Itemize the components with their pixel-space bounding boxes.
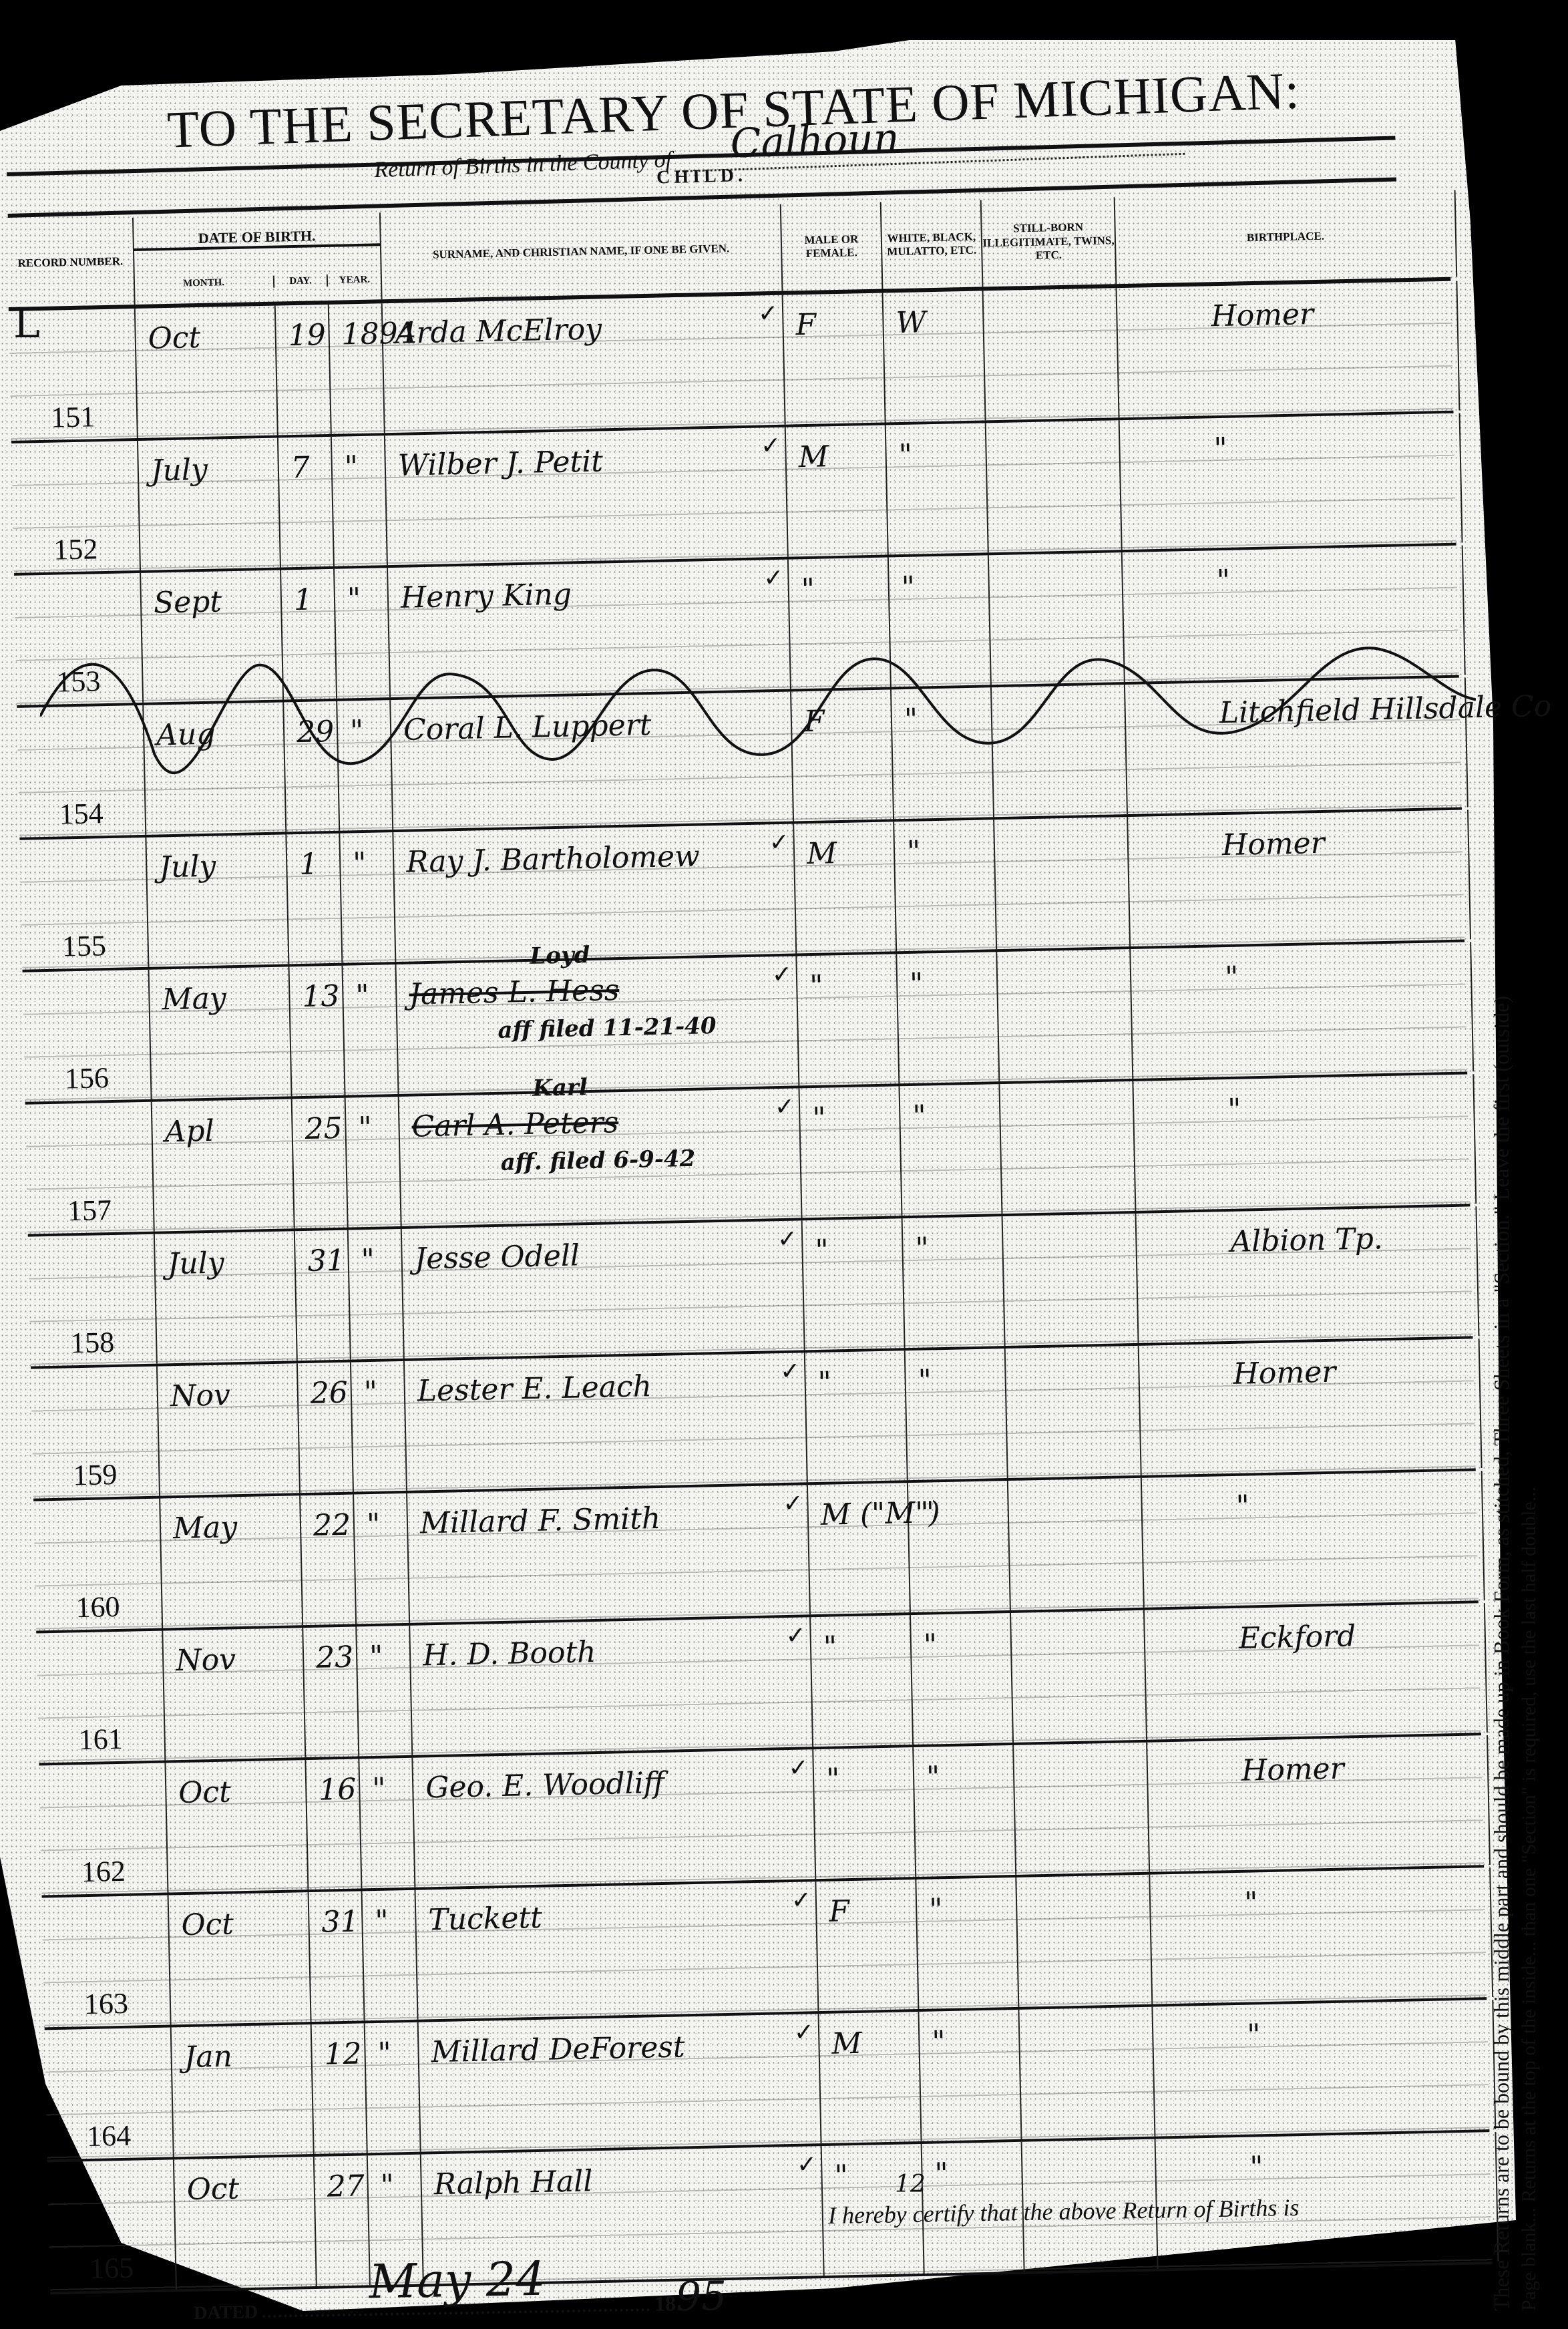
cell-record-number: 153 (14, 573, 144, 705)
cell-birthplace: Eckford (1145, 1603, 1488, 1740)
check-mark-icon: ✓ (771, 960, 792, 989)
cell-status (1003, 1214, 1139, 1346)
name-value: H. D. Booth (423, 1635, 596, 1672)
color-value: " (898, 438, 912, 472)
cell-color: " (900, 1084, 1002, 1216)
birthplace-value: Albion Tp. (1230, 1222, 1383, 1259)
day-value: 26 (310, 1376, 348, 1411)
cell-day: 31 (309, 1891, 365, 2022)
cell-day: 7 (278, 437, 335, 568)
cell-record-number: 152 (11, 441, 141, 573)
cell-birthplace: Litchfield Hillsdale Co (1125, 677, 1468, 814)
cell-color: " (894, 820, 997, 951)
cell-sex: M (794, 822, 897, 953)
cell-status (992, 685, 1128, 817)
cell-sex: " (799, 1086, 902, 1218)
col-day: DAY. (274, 275, 328, 288)
cell-name: H. D. Booth✓ (410, 1617, 813, 1755)
cell-record-number: 155 (19, 838, 149, 970)
year-value: " (347, 582, 361, 616)
cell-birthplace: Albion Tp. (1137, 1206, 1480, 1343)
check-mark-icon: ✓ (783, 1489, 803, 1517)
cell-color: " (908, 1481, 1011, 1612)
month-value: Nov (170, 1378, 230, 1413)
dated-year-prefix: 18 (654, 2291, 676, 2316)
dated-label: DATED (194, 2302, 258, 2324)
cell-record-number: 165 (47, 2159, 177, 2292)
col-date-of-birth: DATE OF BIRTH. MONTH. DAY. YEAR. (134, 212, 383, 305)
record-number: 158 (70, 1325, 115, 1360)
affidavit-note: aff filed 11-21-40 (498, 1013, 717, 1044)
birthplace-value: " (1227, 1093, 1241, 1127)
day-value: 16 (319, 1773, 357, 1807)
cell-record-number: 156 (23, 970, 152, 1102)
day-value: 19 (288, 318, 326, 353)
cell-birthplace: " (1131, 942, 1474, 1079)
color-value: " (907, 835, 921, 869)
dated-value: May 24 (369, 2252, 546, 2310)
col-year: YEAR. (328, 273, 381, 287)
cell-sex: " (811, 1615, 914, 1747)
cell-status (1019, 2007, 1155, 2139)
year-value: " (350, 714, 364, 748)
cell-record-number: 158 (28, 1234, 158, 1367)
cell-day: 19 (276, 305, 332, 435)
sex-value: " (812, 1101, 826, 1135)
cell-birthplace: Homer (1117, 281, 1460, 418)
month-value: Oct (148, 321, 200, 356)
cell-sex: M (786, 425, 889, 556)
cell-month: Oct (166, 1760, 309, 1892)
record-number: 162 (81, 1854, 126, 1889)
cell-name: Carl A. Peters✓Karlaff. filed 6-9-42 (399, 1088, 803, 1226)
record-number: 157 (67, 1193, 112, 1228)
cell-sex: F (791, 689, 894, 821)
color-value: " (904, 703, 918, 737)
cell-month: May (150, 966, 292, 1099)
birthplace-value: " (1216, 564, 1230, 598)
cell-sex: " (805, 1351, 908, 1482)
cell-status (984, 288, 1120, 420)
cell-record-number: 157 (25, 1102, 155, 1234)
cell-day: 23 (303, 1626, 359, 1757)
color-value: " (929, 1892, 943, 1926)
record-number: 165 (89, 2251, 134, 2286)
color-value: " (934, 2157, 948, 2191)
birthplace-value: " (1213, 431, 1227, 466)
cell-birthplace: " (1120, 413, 1463, 550)
sex-value: F (829, 1894, 850, 1929)
cell-name: James L. Hess✓Loydaff filed 11-21-40 (396, 956, 799, 1094)
name-value: Lester E. Leach (417, 1369, 652, 1408)
cell-name: Millard F. Smith✓ (407, 1485, 811, 1623)
record-number: 152 (53, 532, 98, 566)
birthplace-value: " (1225, 960, 1239, 995)
binding-instructions-line1: These Returns are to be bound by this mi… (1489, 996, 1513, 2311)
cell-record-number: 161 (36, 1631, 166, 1763)
col-record-number: RECORD NUMBER. (7, 218, 136, 307)
sex-value: " (826, 1762, 840, 1796)
cell-sex: M (819, 2012, 922, 2143)
cell-status (989, 552, 1125, 685)
birthplace-value: Homer (1233, 1355, 1336, 1391)
record-number: 163 (83, 1986, 128, 2021)
cell-day: 16 (306, 1759, 362, 1890)
cell-sex: M ("M") (808, 1483, 911, 1614)
birthplace-value: Homer (1241, 1752, 1344, 1788)
cell-year: " (340, 832, 396, 963)
cell-year: " (359, 1758, 415, 1889)
color-value: " (926, 1760, 940, 1794)
check-mark-icon: ✓ (761, 431, 781, 460)
cell-name: Lester E. Leach✓ (405, 1353, 808, 1491)
cell-name: Ray J. Bartholomew✓ (393, 824, 797, 962)
month-value: Nov (176, 1642, 236, 1678)
cell-color: " (919, 2010, 1022, 2141)
affidavit-note: aff. filed 6-9-42 (500, 1145, 695, 1176)
dated-year-suffix: 95 (675, 2273, 727, 2320)
cell-birthplace: " (1142, 1471, 1485, 1608)
cell-name: Tuckett✓ (415, 1882, 819, 2020)
month-value: Jan (184, 2040, 232, 2075)
birthplace-value: " (1235, 1489, 1249, 1523)
month-value: July (150, 453, 208, 488)
day-value: 25 (305, 1111, 343, 1146)
cell-day: 22 (301, 1495, 357, 1626)
month-value: July (167, 1246, 224, 1282)
cell-status (994, 817, 1131, 949)
cell-day: 25 (292, 1098, 349, 1229)
month-value: Oct (181, 1907, 234, 1942)
year-value: " (372, 1772, 386, 1806)
cell-day: 27 (315, 2155, 371, 2286)
cell-color: " (889, 555, 992, 687)
color-value: " (923, 1628, 937, 1662)
binding-instructions-line2: Page blank... Returns at the top of the … (1518, 541, 1541, 2311)
cell-birthplace: " (1153, 2000, 1496, 2137)
cell-year: 1894 (329, 303, 385, 434)
name-value: Coral L. Luppert (403, 708, 652, 747)
cell-name: Wilber J. Petit✓ (385, 427, 789, 566)
cell-year: " (357, 1626, 413, 1757)
cell-month: Jan (172, 2024, 315, 2157)
col-name: SURNAME, AND CHRISTIAN NAME, IF ONE BE G… (381, 204, 783, 300)
check-mark-icon: ✓ (797, 2150, 817, 2179)
color-value: " (932, 2024, 946, 2058)
cell-year: " (343, 964, 399, 1095)
name-value: Ray J. Bartholomew (406, 839, 700, 879)
name-correction: Loyd (530, 942, 590, 970)
dated-line: DATED May 24 1895 (193, 2273, 727, 2329)
cell-color: " (906, 1349, 1008, 1480)
cell-day: 1 (286, 834, 343, 964)
month-value: Aug (156, 717, 216, 753)
cell-sex: " (803, 1218, 906, 1350)
sex-value: " (801, 572, 815, 606)
cell-record-number: 159 (31, 1367, 160, 1499)
record-number: 153 (56, 664, 101, 699)
cell-record-number: 151 (9, 309, 138, 441)
cell-month: May (160, 1495, 303, 1628)
check-mark-icon: ✓ (769, 828, 789, 857)
cell-day: 13 (289, 966, 345, 1097)
month-value: May (173, 1510, 238, 1546)
year-value: " (366, 1507, 380, 1542)
cell-status (1014, 1743, 1150, 1875)
sex-value: F (795, 308, 817, 343)
color-value: " (915, 1231, 929, 1265)
sex-value: " (817, 1366, 831, 1400)
cell-status (1011, 1610, 1147, 1743)
day-value: 22 (313, 1508, 351, 1543)
check-mark-icon: ✓ (758, 299, 779, 328)
year-value: " (353, 846, 367, 880)
col-date-of-birth-title: DATE OF BIRTH. (133, 226, 381, 251)
cell-color: " (911, 1613, 1014, 1745)
birthplace-value: " (1249, 2150, 1263, 2184)
cell-record-number: 160 (33, 1499, 163, 1631)
day-value: 7 (290, 451, 310, 486)
cell-sex: F (816, 1879, 919, 2011)
sex-value: " (823, 1630, 837, 1664)
cell-sex: F (783, 293, 886, 425)
name-value: Millard F. Smith (419, 1501, 660, 1541)
name-value: Wilber J. Petit (397, 444, 603, 482)
sex-value: " (815, 1234, 829, 1268)
year-value: " (363, 1375, 377, 1409)
sex-value: " (809, 969, 823, 1003)
name-value: Geo. E. Woodliff (425, 1766, 665, 1805)
name-value: Henry King (400, 577, 572, 614)
cell-sex: " (797, 954, 900, 1085)
day-value: 23 (316, 1640, 354, 1675)
cell-status (1006, 1346, 1142, 1478)
check-mark-icon: ✓ (788, 1753, 809, 1782)
cell-month: July (146, 834, 289, 966)
day-value: 31 (307, 1244, 345, 1278)
col-birthplace: BIRTHPLACE. (1115, 190, 1458, 285)
cell-birthplace: Homer (1139, 1338, 1483, 1475)
sex-value: M (798, 439, 829, 474)
birthplace-value: Homer (1221, 826, 1325, 862)
cell-birthplace: " (1150, 1867, 1493, 2004)
births-table: RECORD NUMBER. DATE OF BIRTH. MONTH. DAY… (7, 190, 1493, 2295)
cell-record-number: 164 (45, 2027, 174, 2159)
cell-month: Nov (158, 1363, 301, 1495)
cell-day: 26 (298, 1363, 354, 1493)
day-value: 31 (321, 1905, 359, 1940)
year-value: " (344, 450, 358, 484)
cell-year: " (363, 1890, 419, 2021)
check-mark-icon: ✓ (777, 1225, 798, 1254)
sex-value: F (803, 705, 825, 739)
cell-month: Sept (141, 570, 284, 703)
cell-year: " (346, 1097, 402, 1228)
record-number: 159 (73, 1457, 118, 1492)
check-mark-icon: ✓ (785, 1621, 806, 1650)
cell-status (986, 420, 1123, 552)
cell-sex: " (789, 557, 892, 689)
cell-name: Jesse Odell✓ (402, 1220, 805, 1359)
cell-status (1016, 1875, 1153, 2007)
check-mark-icon: ✓ (780, 1357, 801, 1385)
name-value: Millard DeForest (431, 2030, 685, 2069)
cell-year: " (337, 700, 393, 831)
check-mark-icon: ✓ (763, 564, 784, 592)
col-status: STILL-BORN ILLEGITIMATE, TWINS, ETC. (982, 197, 1117, 287)
sex-value: M (807, 836, 837, 871)
cell-name: Geo. E. Woodliff✓ (413, 1749, 816, 1888)
cell-year: " (365, 2022, 421, 2153)
cell-color: " (914, 1745, 1016, 1877)
record-number: 161 (78, 1722, 123, 1757)
cell-month: Aug (144, 702, 286, 834)
binding-instructions: These Returns are to be bound by this mi… (1489, 541, 1541, 2311)
day-value: 1 (299, 847, 319, 882)
color-value: W (896, 305, 926, 340)
cell-record-number: 154 (17, 705, 146, 838)
cell-day: 1 (281, 569, 337, 700)
color-value: " (920, 1495, 934, 1530)
record-number: 164 (87, 2119, 132, 2153)
cell-color: " (897, 952, 1000, 1083)
cell-month: July (138, 438, 281, 570)
cell-month: July (155, 1231, 298, 1363)
record-number: 156 (64, 1061, 109, 1095)
name-value: Jesse Odell (414, 1238, 580, 1276)
day-value: 13 (302, 979, 340, 1014)
cell-year: " (335, 568, 391, 699)
day-value: 1 (293, 583, 313, 618)
year-value: " (361, 1243, 375, 1277)
sex-value: " (834, 2159, 848, 2193)
month-value: Apl (164, 1114, 214, 1149)
record-number: 155 (61, 928, 106, 963)
year-value: " (358, 1111, 372, 1145)
cell-day: 31 (295, 1230, 351, 1361)
day-value: 12 (324, 2036, 362, 2071)
sex-value: M (831, 2026, 862, 2061)
col-color: WHITE, BLACK, MULATTO, ETC. (881, 200, 984, 289)
name-correction: Karl (532, 1074, 588, 1102)
record-number: 154 (59, 796, 104, 831)
month-value: Oct (186, 2171, 239, 2207)
cell-month: Nov (163, 1628, 306, 1760)
tally-mark: 12 (895, 2171, 926, 2198)
cell-record-number: 162 (39, 1763, 168, 1896)
day-value: 27 (327, 2169, 365, 2203)
col-month: MONTH. (134, 276, 274, 291)
year-value: " (369, 1640, 383, 1674)
cell-year: " (349, 1229, 405, 1360)
birthplace-value: " (1247, 2018, 1261, 2052)
cell-year: " (354, 1493, 410, 1624)
check-mark-icon: ✓ (793, 2018, 814, 2046)
cell-status (1008, 1478, 1145, 1610)
year-value: " (375, 1904, 389, 1938)
cell-month: Oct (136, 306, 278, 438)
cell-name: Coral L. Luppert (391, 692, 794, 830)
cell-year: " (332, 435, 388, 566)
cell-day: 12 (312, 2023, 368, 2154)
col-sex: MALE OR FEMALE. (781, 202, 884, 291)
birthplace-value: " (1244, 1886, 1258, 1920)
month-value: July (159, 850, 216, 885)
cell-birthplace: " (1133, 1074, 1477, 1211)
cell-month: Apl (152, 1099, 295, 1231)
color-value: " (912, 1099, 926, 1133)
year-value: " (380, 2169, 394, 2203)
cell-month: Oct (174, 2157, 317, 2289)
check-mark-icon: ✓ (791, 1886, 811, 1914)
check-mark-icon: ✓ (774, 1093, 795, 1121)
cell-name: Henry King✓ (388, 560, 791, 698)
cell-color: W (884, 291, 986, 422)
table-body: 151Oct191894Arda McElroy✓FWHomer152July7… (9, 281, 1493, 2295)
birthplace-value: Eckford (1238, 1619, 1356, 1656)
cell-color: " (916, 1877, 1019, 2009)
dated-field: May 24 (262, 2295, 650, 2318)
cell-name: Arda McElroy✓ (383, 295, 786, 433)
month-value: Sept (154, 584, 222, 620)
cell-birthplace: Homer (1128, 810, 1471, 946)
cell-record-number: 163 (42, 1895, 172, 2027)
color-value: " (910, 967, 924, 1001)
name-value: Carl A. Peters (411, 1105, 619, 1143)
cell-year: " (351, 1361, 407, 1492)
month-value: May (162, 981, 226, 1017)
birthplace-value: Homer (1211, 297, 1314, 333)
name-value: James L. Hess (409, 973, 620, 1012)
cell-name: Millard DeForest✓ (419, 2014, 822, 2152)
cell-color: " (892, 687, 994, 819)
name-value: Ralph Hall (433, 2164, 593, 2201)
cell-birthplace: Homer (1147, 1735, 1491, 1872)
name-value: Arda McElroy (395, 312, 602, 350)
cell-day: 29 (284, 701, 340, 832)
cell-color: " (886, 423, 989, 554)
record-number: 160 (75, 1590, 120, 1624)
cell-color: " (903, 1216, 1006, 1348)
day-value: 29 (297, 715, 335, 749)
color-value: " (918, 1363, 932, 1397)
year-value: " (377, 2036, 391, 2071)
month-value: Oct (178, 1775, 231, 1810)
cell-birthplace: " (1123, 545, 1466, 682)
cell-month: Oct (169, 1892, 312, 2024)
cell-sex: " (813, 1747, 916, 1879)
cell-status (997, 949, 1133, 1081)
name-value: Tuckett (428, 1901, 542, 1938)
color-value: " (901, 570, 915, 604)
year-value: " (355, 978, 369, 1013)
record-number: 151 (51, 399, 95, 434)
cell-status (1000, 1081, 1136, 1214)
